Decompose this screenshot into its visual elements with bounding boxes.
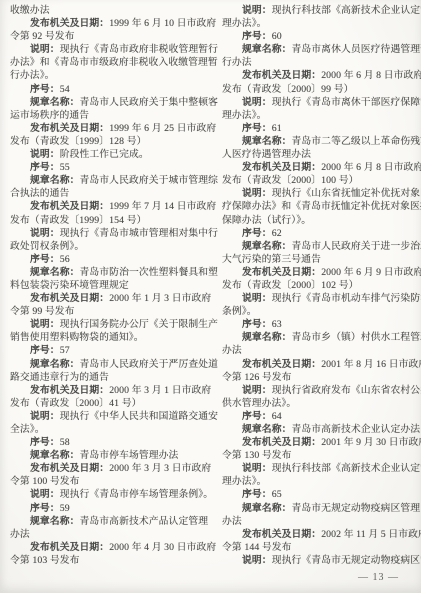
- field-text: 行办法》。: [10, 70, 55, 81]
- document-line: 疗保障办法》和《青岛市抚恤定补优抚对象医疗: [222, 200, 421, 213]
- document-line: 料包装袋污染环境管理规定: [10, 279, 210, 292]
- document-line: 路交通违章行为的通告: [10, 371, 210, 384]
- document-line: 发布机关及日期：2001 年 8 月 16 日市政府: [222, 358, 421, 371]
- field-text: 发布（青政发〔2000〕102 号）: [222, 280, 359, 291]
- document-line: 令第 126 号发布: [222, 371, 421, 384]
- document-line: 规章名称：青岛市无规定动物疫病区管理: [222, 502, 421, 515]
- field-label: 发布机关及日期：: [30, 385, 109, 396]
- document-line: 发布机关及日期：1999 年 6 月 10 日市政府: [10, 17, 210, 30]
- field-text: 料包装袋污染环境管理规定: [10, 280, 129, 291]
- field-label: 序号：: [242, 411, 272, 422]
- field-label: 序号：: [30, 254, 60, 265]
- document-line: 规章名称：青岛市二等乙级以上革命伤残军: [222, 135, 421, 148]
- document-line: 令第 100 号发布: [10, 475, 210, 488]
- document-line: 发布机关及日期：2000 年 3 月 3 日市政府: [10, 462, 210, 475]
- document-line: 供水管理办法》。: [222, 397, 421, 410]
- field-label: 规章名称：: [242, 424, 291, 435]
- document-line: 规章名称：青岛市乡（镇）村供水工程管理: [222, 331, 421, 344]
- field-text: 56: [60, 254, 70, 265]
- field-text: 令第 103 号发布: [10, 555, 80, 566]
- field-label: 规章名称：: [242, 241, 291, 252]
- field-label: 规章名称：: [242, 136, 291, 147]
- document-line: 政处罚权条例》。: [10, 240, 210, 253]
- document-line: 说明：现执行《中华人民共和国道路交通安: [10, 410, 210, 423]
- field-text: 阶段性工作已完成。: [60, 149, 149, 160]
- right-column: 说明：现执行科技部《高新技术企业认定管理办法》。序号：60规章名称：青岛市离休人…: [222, 4, 421, 567]
- field-label: 发布机关及日期：: [242, 359, 321, 370]
- field-text: 1999 年 7 月 14 日市政府: [109, 201, 216, 212]
- document-line: 理办法》。: [222, 17, 421, 30]
- field-text: 2000 年 3 月 3 日市政府: [109, 463, 211, 474]
- document-line: 序号：55: [10, 161, 210, 174]
- field-text: 2000 年 4 月 30 日市政府: [109, 542, 216, 553]
- field-text: 保障办法（试行）》。: [222, 215, 311, 226]
- document-line: 合执法的通告: [10, 187, 210, 200]
- document-line: 说明：现执行《青岛市政府非税收管理暂行: [10, 43, 210, 56]
- document-line: 说明：现执行《青岛市机动车排气污染防治: [222, 292, 421, 305]
- document-line: 说明：现执行科技部《高新技术企业认定管: [222, 462, 421, 475]
- field-label: 说明：: [242, 5, 272, 16]
- field-text: 1999 年 6 月 25 日市政府: [109, 123, 216, 134]
- field-label: 说明：: [30, 411, 60, 422]
- field-text: 全法》。: [10, 424, 45, 435]
- field-text: 现执行省政府发布《山东省农村公共: [272, 385, 421, 396]
- field-text: 青岛市乡（镇）村供水工程管理: [291, 332, 421, 343]
- field-label: 发布机关及日期：: [242, 437, 321, 448]
- field-text: 58: [60, 437, 70, 448]
- field-text: 运市场秩序的通告: [10, 110, 89, 121]
- document-line: 规章名称：青岛市高新技术企业认定办法: [222, 423, 421, 436]
- document-line: 发布机关及日期：2000 年 6 月 8 日市政府: [222, 161, 421, 174]
- field-label: 发布机关及日期：: [30, 542, 109, 553]
- field-text: 青岛市离休人员医疗待遇管理暂: [291, 44, 421, 55]
- field-text: 现执行科技部《高新技术企业认定管: [272, 463, 421, 474]
- field-text: 理办法》。: [222, 18, 267, 29]
- document-line: 序号：65: [222, 488, 421, 501]
- field-text: 2000 年 1 月 3 日市政府: [109, 293, 211, 304]
- field-label: 说明：: [30, 489, 60, 500]
- field-text: 青岛市人民政府关于进一步治理: [291, 241, 421, 252]
- field-label: 说明：: [242, 188, 272, 199]
- field-text: 大气污染的第三号通告: [222, 254, 321, 265]
- field-text: 2000 年 3 月 1 日市政府: [109, 385, 211, 396]
- document-line: 发布机关及日期：2000 年 6 月 9 日市政府: [222, 266, 421, 279]
- field-text: 政处罚权条例》。: [10, 241, 84, 252]
- document-line: 序号：54: [10, 83, 210, 96]
- document-line: 序号：64: [222, 410, 421, 423]
- document-line: 序号：61: [222, 122, 421, 135]
- field-label: 序号：: [242, 489, 272, 500]
- field-label: 说明：: [242, 293, 272, 304]
- field-text: 现执行《中华人民共和国道路交通安: [60, 411, 218, 422]
- field-text: 发布（青政发〔1999〕154 号）: [10, 215, 147, 226]
- field-text: 2001 年 9 月 30 日市政府: [321, 437, 421, 448]
- document-line: 序号：62: [222, 227, 421, 240]
- field-text: 青岛市防治一次性塑料餐具和塑: [79, 267, 218, 278]
- document-line: 发布（青政发〔2000〕99 号）: [222, 83, 421, 96]
- document-line: 说明：现执行《青岛市无规定动物疫病区管: [222, 554, 421, 567]
- document-line: 全法》。: [10, 423, 210, 436]
- field-text: 现执行《青岛市政府非税收管理暂行: [60, 44, 218, 55]
- field-text: 青岛市二等乙级以上革命伤残军: [291, 136, 421, 147]
- field-text: 办法: [222, 516, 242, 527]
- document-line: 序号：57: [10, 344, 210, 357]
- document-line: 发布机关及日期：2001 年 9 月 30 日市政府: [222, 436, 421, 449]
- field-label: 规章名称：: [30, 450, 79, 461]
- document-line: 办法》和《青岛市市级政府非税收入收缴管理暂: [10, 56, 210, 69]
- field-text: 令第 99 号发布: [10, 306, 75, 317]
- document-line: 发布机关及日期：2002 年 11 月 5 日市政府: [222, 528, 421, 541]
- field-label: 序号：: [30, 345, 60, 356]
- field-label: 说明：: [242, 463, 272, 474]
- document-line: 发布（青政发〔2000〕41 号）: [10, 397, 210, 410]
- field-label: 发布机关及日期：: [30, 463, 109, 474]
- field-label: 规章名称：: [30, 175, 79, 186]
- document-line: 令第 92 号发布: [10, 30, 210, 43]
- field-label: 序号：: [30, 162, 60, 173]
- field-text: 办法》和《青岛市市级政府非税收入收缴管理暂: [10, 57, 218, 68]
- document-line: 规章名称：青岛市高新技术产品认定管理: [10, 515, 210, 528]
- field-text: 2002 年 11 月 5 日市政府: [321, 529, 421, 540]
- document-line: 说明：现执行《青岛市城市管理相对集中行: [10, 227, 210, 240]
- field-text: 办法: [222, 345, 242, 356]
- document-line: 理办法》。: [222, 109, 421, 122]
- field-label: 规章名称：: [30, 516, 79, 527]
- field-text: 2001 年 8 月 16 日市政府: [321, 359, 421, 370]
- field-text: 青岛市人民政府关于集中整顿客: [79, 97, 218, 108]
- field-label: 序号：: [242, 319, 272, 330]
- document-line: 运市场秩序的通告: [10, 109, 210, 122]
- document-line: 说明：现执行科技部《高新技术企业认定管: [222, 4, 421, 17]
- left-column: 收缴办法发布机关及日期：1999 年 6 月 10 日市政府令第 92 号发布说…: [10, 4, 210, 567]
- field-text: 青岛市高新技术产品认定管理: [79, 516, 208, 527]
- document-line: 发布（青政发〔1999〕128 号）: [10, 135, 210, 148]
- field-text: 合执法的通告: [10, 188, 69, 199]
- field-text: 令第 130 号发布: [222, 450, 292, 461]
- field-label: 说明：: [30, 319, 60, 330]
- field-text: 发布（青政发〔2000〕100 号）: [222, 175, 359, 186]
- field-text: 青岛市停车场管理办法: [79, 450, 178, 461]
- field-text: 发布（青政发〔2000〕99 号）: [222, 84, 354, 95]
- document-line: 发布机关及日期：2000 年 6 月 8 日市政府: [222, 69, 421, 82]
- document-line: 发布（青政发〔2000〕102 号）: [222, 279, 421, 292]
- field-text: 现执行国务院办公厅《关于限制生产: [60, 319, 218, 330]
- field-text: 62: [272, 228, 282, 239]
- field-label: 发布机关及日期：: [242, 70, 321, 81]
- field-label: 规章名称：: [30, 267, 79, 278]
- field-text: 现执行科技部《高新技术企业认定管: [272, 5, 421, 16]
- field-label: 发布机关及日期：: [30, 293, 109, 304]
- document-line: 规章名称：青岛市人民政府关于进一步治理: [222, 240, 421, 253]
- field-label: 说明：: [242, 385, 272, 396]
- field-text: 发布（青政发〔2000〕41 号）: [10, 398, 142, 409]
- document-line: 规章名称：青岛市人民政府关于城市管理综: [10, 174, 210, 187]
- document-line: 令第 99 号发布: [10, 305, 210, 318]
- field-label: 序号：: [242, 31, 272, 42]
- document-line: 理办法》。: [222, 475, 421, 488]
- field-label: 发布机关及日期：: [242, 267, 321, 278]
- field-label: 发布机关及日期：: [30, 201, 109, 212]
- field-text: 供水管理办法》。: [222, 398, 296, 409]
- field-text: 60: [272, 31, 282, 42]
- field-text: 令第 144 号发布: [222, 542, 292, 553]
- field-label: 规章名称：: [242, 332, 291, 343]
- field-text: 64: [272, 411, 282, 422]
- field-text: 人医疗待遇管理办法: [222, 149, 311, 160]
- field-label: 发布机关及日期：: [30, 18, 109, 29]
- document-line: 发布机关及日期：2000 年 3 月 1 日市政府: [10, 384, 210, 397]
- document-line: 大气污染的第三号通告: [222, 253, 421, 266]
- field-label: 说明：: [30, 44, 60, 55]
- page-number: — 13 —: [358, 572, 399, 583]
- document-line: 规章名称：青岛市停车场管理办法: [10, 449, 210, 462]
- field-text: 令第 126 号发布: [222, 372, 292, 383]
- document-line: 办法: [222, 344, 421, 357]
- field-label: 序号：: [242, 123, 272, 134]
- document-line: 说明：现执行省政府发布《山东省农村公共: [222, 384, 421, 397]
- document-line: 说明：阶段性工作已完成。: [10, 148, 210, 161]
- document-line: 发布机关及日期：2000 年 4 月 30 日市政府: [10, 541, 210, 554]
- field-label: 规章名称：: [242, 44, 291, 55]
- document-line: 令第 103 号发布: [10, 554, 210, 567]
- document-line: 保障办法（试行）》。: [222, 214, 421, 227]
- document-line: 规章名称：青岛市人民政府关于集中整顿客: [10, 96, 210, 109]
- field-text: 现执行《青岛市无规定动物疫病区管: [272, 555, 421, 566]
- document-line: 收缴办法: [10, 4, 210, 17]
- document-line: 序号：60: [222, 30, 421, 43]
- field-text: 54: [60, 84, 70, 95]
- field-text: 收缴办法: [10, 5, 50, 16]
- field-text: 2000 年 6 月 9 日市政府: [321, 267, 421, 278]
- field-text: 条例》。: [222, 306, 257, 317]
- field-text: 现执行《青岛市城市管理相对集中行: [60, 228, 218, 239]
- field-text: 2000 年 6 月 8 日市政府: [321, 162, 421, 173]
- field-text: 理办法》。: [222, 110, 267, 121]
- field-text: 63: [272, 319, 282, 330]
- document-line: 说明：现执行《山东省抚恤定补优抚对象医: [222, 187, 421, 200]
- field-text: 现执行《青岛市离休干部医疗保障管: [272, 97, 421, 108]
- field-text: 55: [60, 162, 70, 173]
- field-label: 规章名称：: [30, 359, 79, 370]
- document-line: 行办法: [222, 56, 421, 69]
- field-label: 发布机关及日期：: [242, 162, 321, 173]
- field-label: 序号：: [30, 84, 60, 95]
- document-line: 令第 130 号发布: [222, 449, 421, 462]
- field-text: 令第 92 号发布: [10, 31, 75, 42]
- document-line: 发布（青政发〔1999〕154 号）: [10, 214, 210, 227]
- document-line: 序号：59: [10, 502, 210, 515]
- document-line: 发布（青政发〔2000〕100 号）: [222, 174, 421, 187]
- document-line: 人医疗待遇管理办法: [222, 148, 421, 161]
- document-line: 序号：56: [10, 253, 210, 266]
- document-line: 序号：58: [10, 436, 210, 449]
- document-columns: 收缴办法发布机关及日期：1999 年 6 月 10 日市政府令第 92 号发布说…: [0, 0, 421, 567]
- document-line: 办法: [222, 515, 421, 528]
- document-line: 说明：现执行国务院办公厅《关于限制生产: [10, 318, 210, 331]
- document-line: 发布机关及日期：1999 年 6 月 25 日市政府: [10, 122, 210, 135]
- field-label: 序号：: [30, 503, 60, 514]
- field-text: 59: [60, 503, 70, 514]
- document-line: 规章名称：青岛市人民政府关于严厉查处道: [10, 358, 210, 371]
- field-text: 办法: [10, 529, 30, 540]
- document-line: 发布机关及日期：2000 年 1 月 3 日市政府: [10, 292, 210, 305]
- field-text: 现执行《青岛市机动车排气污染防治: [272, 293, 421, 304]
- field-text: 青岛市人民政府关于城市管理综: [79, 175, 218, 186]
- field-text: 青岛市无规定动物疫病区管理: [291, 503, 420, 514]
- field-text: 65: [272, 489, 282, 500]
- document-line: 条例》。: [222, 305, 421, 318]
- document-page: 收缴办法发布机关及日期：1999 年 6 月 10 日市政府令第 92 号发布说…: [0, 0, 421, 593]
- document-line: 行办法》。: [10, 69, 210, 82]
- field-text: 61: [272, 123, 282, 134]
- field-label: 说明：: [30, 149, 60, 160]
- document-line: 说明：现执行《青岛市停车场管理条例》。: [10, 488, 210, 501]
- field-text: 疗保障办法》和《青岛市抚恤定补优抚对象医疗: [222, 201, 421, 212]
- field-text: 1999 年 6 月 10 日市政府: [109, 18, 216, 29]
- field-label: 序号：: [30, 437, 60, 448]
- document-line: 令第 144 号发布: [222, 541, 421, 554]
- field-label: 规章名称：: [242, 503, 291, 514]
- document-line: 说明：现执行《青岛市离休干部医疗保障管: [222, 96, 421, 109]
- document-line: 办法: [10, 528, 210, 541]
- field-label: 说明：: [242, 555, 272, 566]
- document-line: 规章名称：青岛市离休人员医疗待遇管理暂: [222, 43, 421, 56]
- document-line: 规章名称：青岛市防治一次性塑料餐具和塑: [10, 266, 210, 279]
- field-text: 57: [60, 345, 70, 356]
- field-label: 发布机关及日期：: [30, 123, 109, 134]
- field-text: 发布（青政发〔1999〕128 号）: [10, 136, 147, 147]
- field-label: 发布机关及日期：: [242, 529, 321, 540]
- field-label: 序号：: [242, 228, 272, 239]
- field-text: 现执行《山东省抚恤定补优抚对象医: [272, 188, 421, 199]
- field-text: 令第 100 号发布: [10, 476, 80, 487]
- field-text: 销售使用塑料购物袋的通知》。: [10, 332, 144, 343]
- document-line: 销售使用塑料购物袋的通知》。: [10, 331, 210, 344]
- document-line: 发布机关及日期：1999 年 7 月 14 日市政府: [10, 200, 210, 213]
- field-label: 规章名称：: [30, 97, 79, 108]
- field-text: 路交通违章行为的通告: [10, 372, 109, 383]
- field-label: 说明：: [242, 97, 272, 108]
- document-line: 序号：63: [222, 318, 421, 331]
- field-text: 理办法》。: [222, 476, 267, 487]
- field-text: 2000 年 6 月 8 日市政府: [321, 70, 421, 81]
- field-text: 青岛市高新技术企业认定办法: [291, 424, 420, 435]
- field-text: 现执行《青岛市停车场管理条例》。: [60, 489, 213, 500]
- field-text: 青岛市人民政府关于严厉查处道: [79, 359, 218, 370]
- field-text: 行办法: [222, 57, 252, 68]
- field-label: 说明：: [30, 228, 60, 239]
